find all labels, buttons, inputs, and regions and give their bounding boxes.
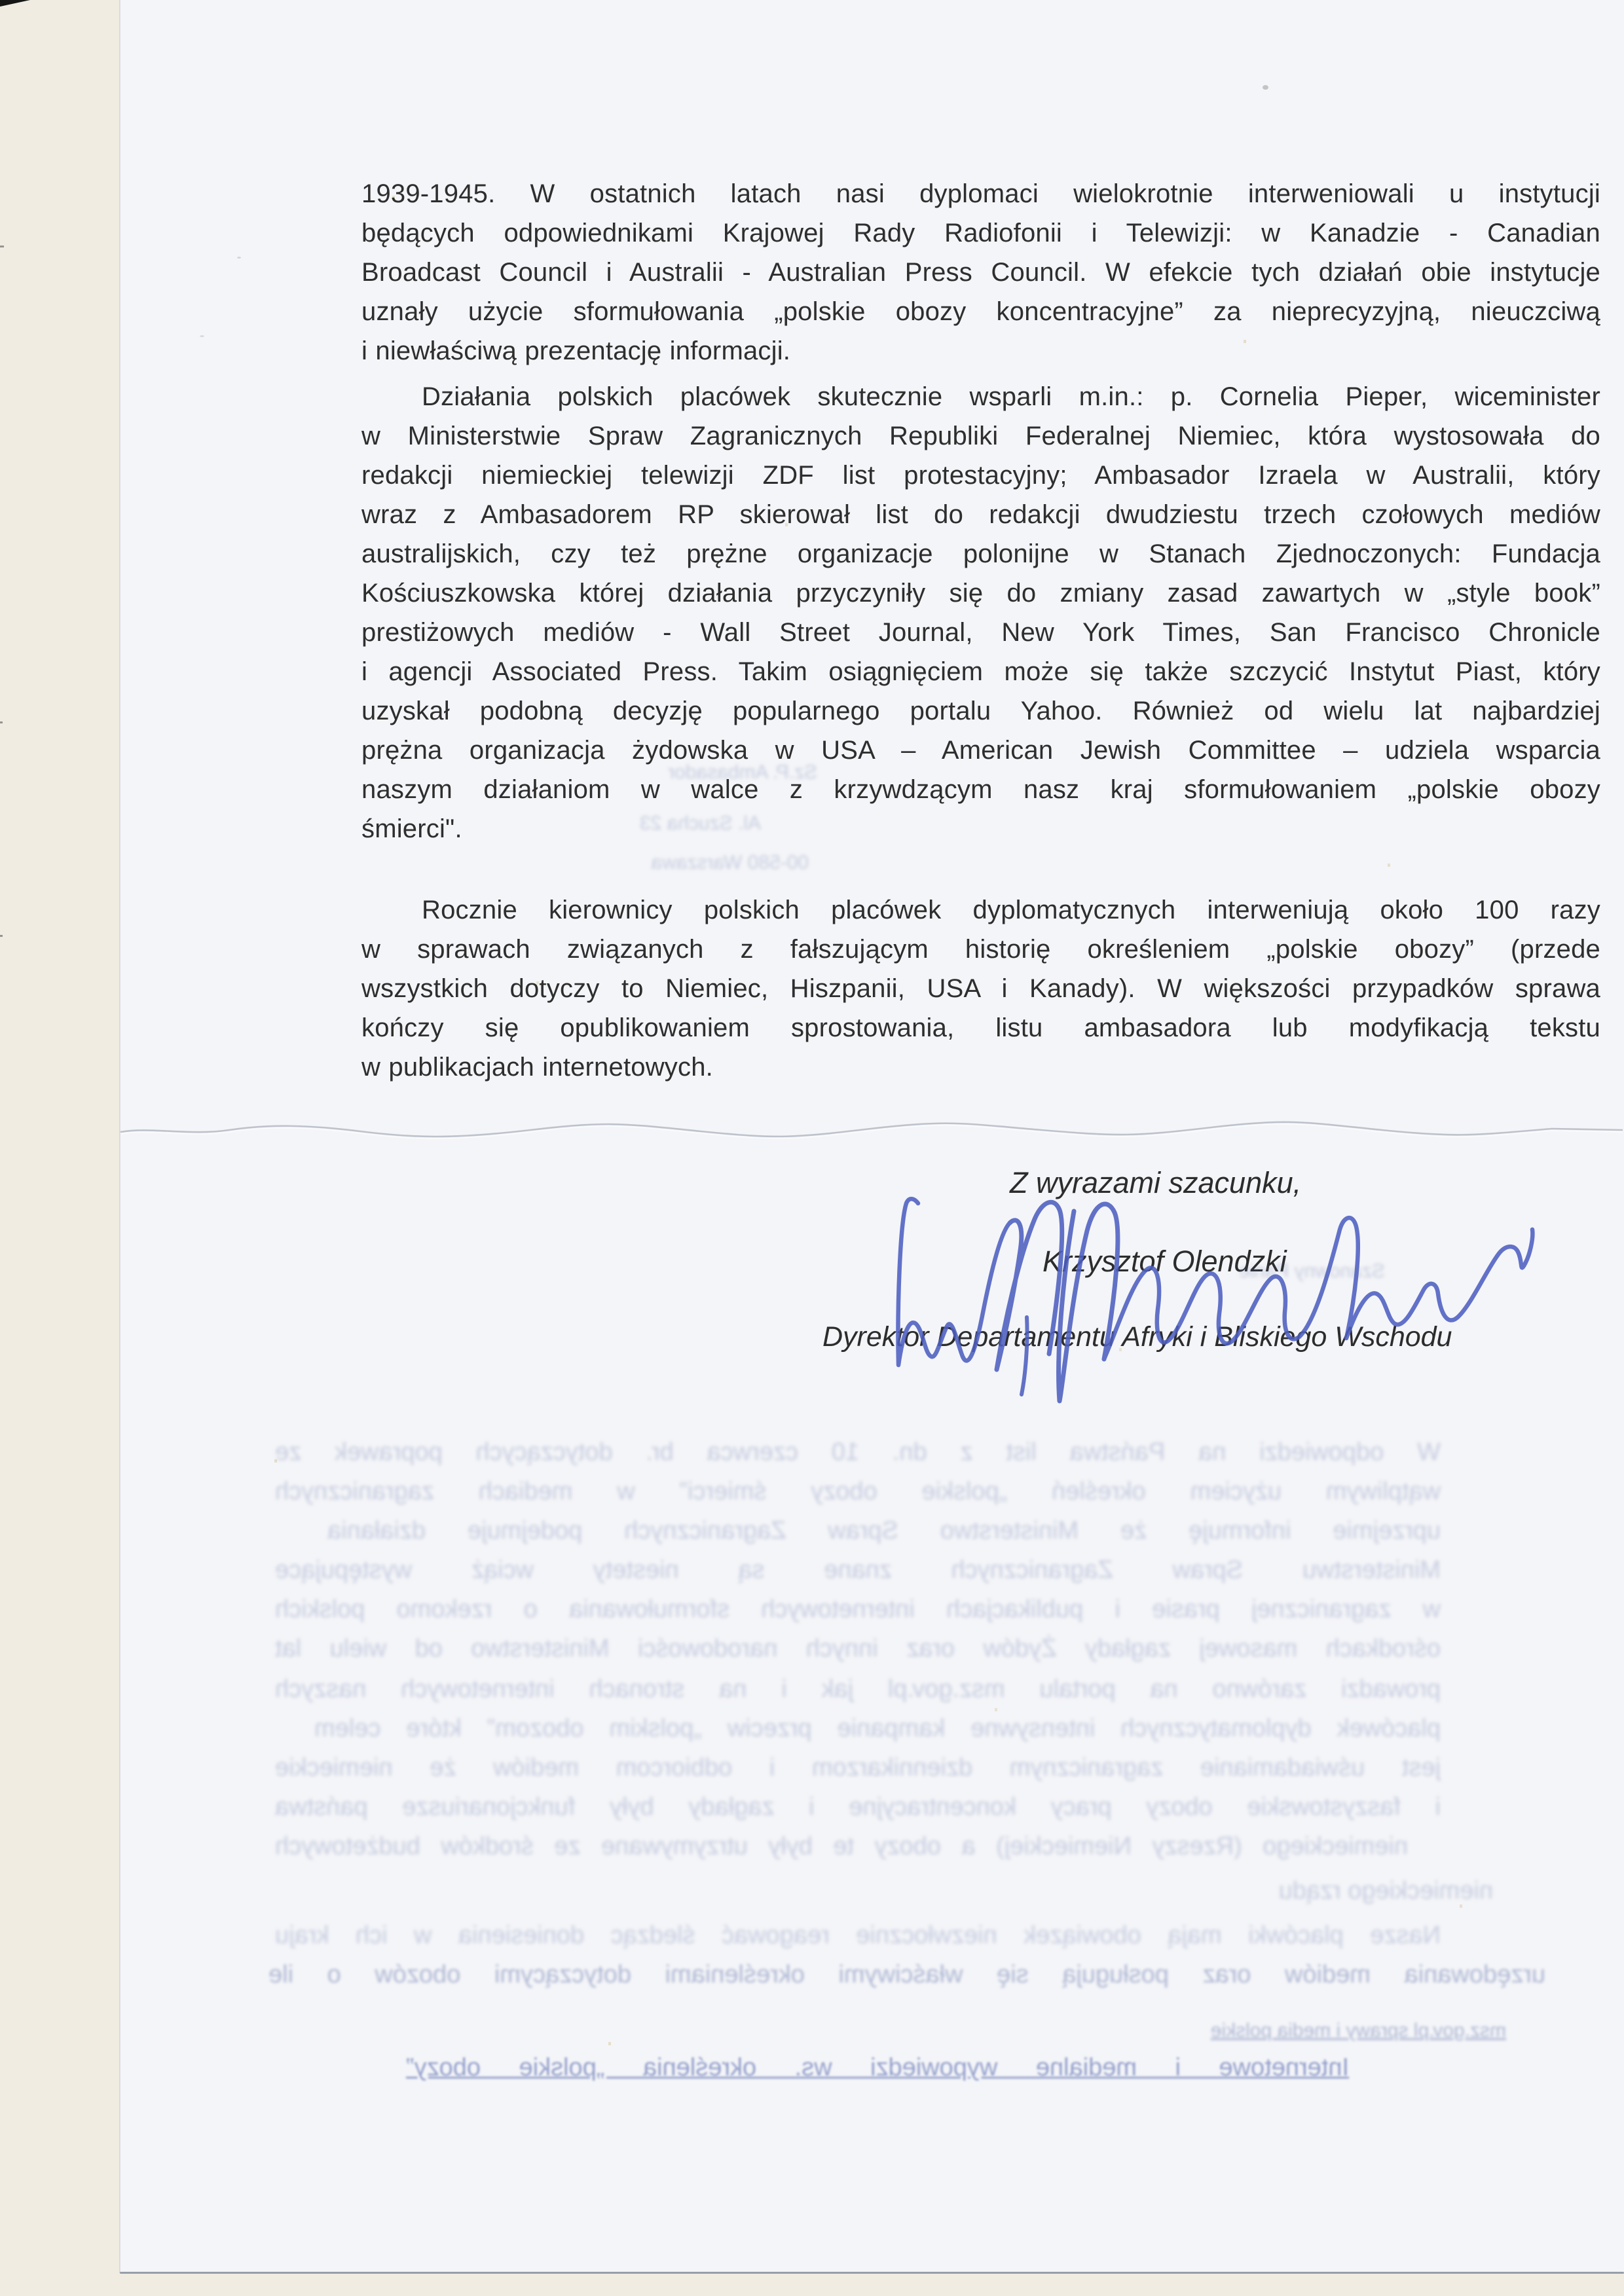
text-line: będących odpowiednikami Krajowej Rady Ra…: [361, 213, 1600, 253]
signer-title: Dyrektor Departamentu Afryki i Bliskiego…: [822, 1321, 1452, 1353]
scanner-edge-artifact: [0, 935, 3, 937]
paragraph: Działania polskich placówek skutecznie w…: [361, 377, 1600, 848]
text-line: uznały użycie sformułowania „polskie obo…: [361, 292, 1600, 331]
text-line: naszym działaniom w walce z krzywdzącym …: [361, 770, 1600, 809]
text-line: w publikacjach internetowych.: [361, 1048, 1600, 1087]
text-line: Kościuszkowska której działania przyczyn…: [361, 574, 1600, 613]
text-line: 1939-1945. W ostatnich latach nasi dyplo…: [361, 174, 1600, 213]
scanned-letter-page: 1939-1945. W ostatnich latach nasi dyplo…: [0, 0, 1624, 2296]
text-line: śmierci".: [361, 809, 1600, 848]
text-line: Broadcast Council i Australii - Australi…: [361, 253, 1600, 292]
text-line: wszystkich dotyczy to Niemiec, Hiszpanii…: [361, 969, 1600, 1008]
paper-speck: [1263, 85, 1268, 90]
text-line: australijskich, czy też prężne organizac…: [361, 534, 1600, 574]
scanner-edge-artifact: [0, 246, 4, 247]
paper-left-edge: [119, 0, 120, 2273]
text-line: prestiżowych mediów - Wall Street Journa…: [361, 613, 1600, 652]
paper-speck: [237, 257, 241, 259]
text-line: Rocznie kierownicy polskich placówek dyp…: [361, 890, 1600, 930]
paragraph: Rocznie kierownicy polskich placówek dyp…: [361, 890, 1600, 1087]
text-line: redakcji niemieckiej telewizji ZDF list …: [361, 456, 1600, 495]
paper-bottom-edge: [120, 2272, 1624, 2274]
scanner-edge-artifact: [0, 0, 30, 7]
closing-salutation: Z wyrazami szacunku,: [1010, 1166, 1301, 1200]
text-line: i niewłaściwą prezentację informacji.: [361, 331, 1600, 371]
scanner-edge-artifact: [0, 721, 3, 723]
text-line: prężna organizacja żydowska w USA – Amer…: [361, 731, 1600, 770]
paragraph: 1939-1945. W ostatnich latach nasi dyplo…: [361, 174, 1600, 371]
paper-speck: [200, 335, 204, 337]
signer-name: Krzysztof Olendzki: [1043, 1245, 1287, 1279]
paper-specks: [0, 0, 1, 2]
text-line: w Ministerstwie Spraw Zagranicznych Repu…: [361, 416, 1600, 456]
text-line: Działania polskich placówek skutecznie w…: [361, 377, 1600, 416]
text-line: uzyskał podobną decyzję popularnego port…: [361, 691, 1600, 731]
text-line: w sprawach związanych z fałszującym hist…: [361, 930, 1600, 969]
text-line: i agencji Associated Press. Takim osiągn…: [361, 652, 1600, 691]
letter-body: 1939-1945. W ostatnich latach nasi dyplo…: [361, 174, 1600, 1087]
text-line: wraz z Ambasadorem RP skierował list do …: [361, 495, 1600, 534]
text-line: kończy się opublikowaniem sprostowania, …: [361, 1008, 1600, 1048]
